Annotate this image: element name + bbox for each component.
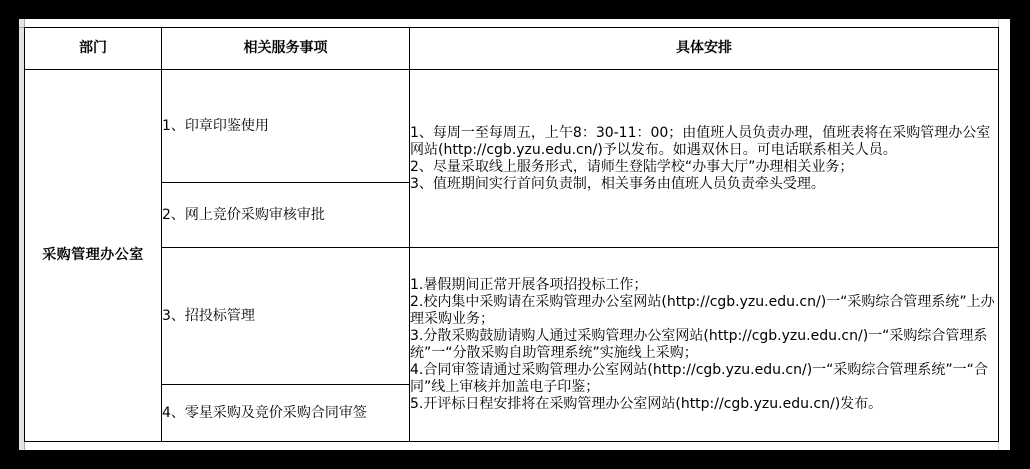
service-item-cell[interactable]: 2、网上竞价采购审核审批 xyxy=(162,183,410,248)
arrangement-line: 1.暑假期间正常开展各项招投标工作； xyxy=(410,277,998,294)
header-arrangements[interactable]: 具体安排 xyxy=(410,28,999,70)
department-cell[interactable]: 采购管理办公室 xyxy=(25,70,162,442)
arrangement-line: 2.校内集中采购请在采购管理办公室网站(http://cgb.yzu.edu.c… xyxy=(410,294,998,328)
header-department[interactable]: 部门 xyxy=(25,28,162,70)
service-item-cell[interactable]: 4、零星采购及竞价采购合同审签 xyxy=(162,385,410,442)
table-row: 3、招投标管理 1.暑假期间正常开展各项招投标工作； 2.校内集中采购请在采购管… xyxy=(25,248,999,385)
table-row: 采购管理办公室 1、印章印鉴使用 1、每周一至每周五，上午8：30-11：00；… xyxy=(25,70,999,183)
header-service-items[interactable]: 相关服务事项 xyxy=(162,28,410,70)
arrangement-line: 5.开评标日程安排将在采购管理办公室网站(http://cgb.yzu.edu.… xyxy=(410,396,998,413)
service-item-cell[interactable]: 3、招投标管理 xyxy=(162,248,410,385)
arrangement-line: 2、尽量采取线上服务形式，请师生登陆学校“办事大厅”办理相关业务； xyxy=(410,159,998,176)
arrangement-line: 3.分散采购鼓励请购人通过采购管理办公室网站(http://cgb.yzu.ed… xyxy=(410,328,998,362)
header-row: 部门 相关服务事项 具体安排 xyxy=(25,28,999,70)
service-item-cell[interactable]: 1、印章印鉴使用 xyxy=(162,70,410,183)
arrangement-line: 3、值班期间实行首问负责制，相关事务由值班人员负责牵头受理。 xyxy=(410,176,998,193)
arrangement-line: 4.合同审签请通过采购管理办公室网站(http://cgb.yzu.edu.cn… xyxy=(410,362,998,396)
arrangement-cell[interactable]: 1.暑假期间正常开展各项招投标工作； 2.校内集中采购请在采购管理办公室网站(h… xyxy=(410,248,999,442)
arrangement-line: 1、每周一至每周五，上午8：30-11：00；由值班人员负责办理，值班表将在采购… xyxy=(410,125,998,159)
service-schedule-table: 部门 相关服务事项 具体安排 采购管理办公室 1、印章印鉴使用 1、每周一至每周… xyxy=(24,27,999,442)
arrangement-cell[interactable]: 1、每周一至每周五，上午8：30-11：00；由值班人员负责办理，值班表将在采购… xyxy=(410,70,999,248)
spreadsheet-area: 部门 相关服务事项 具体安排 采购管理办公室 1、印章印鉴使用 1、每周一至每周… xyxy=(19,19,1010,450)
column-gutter-right xyxy=(998,19,1010,450)
